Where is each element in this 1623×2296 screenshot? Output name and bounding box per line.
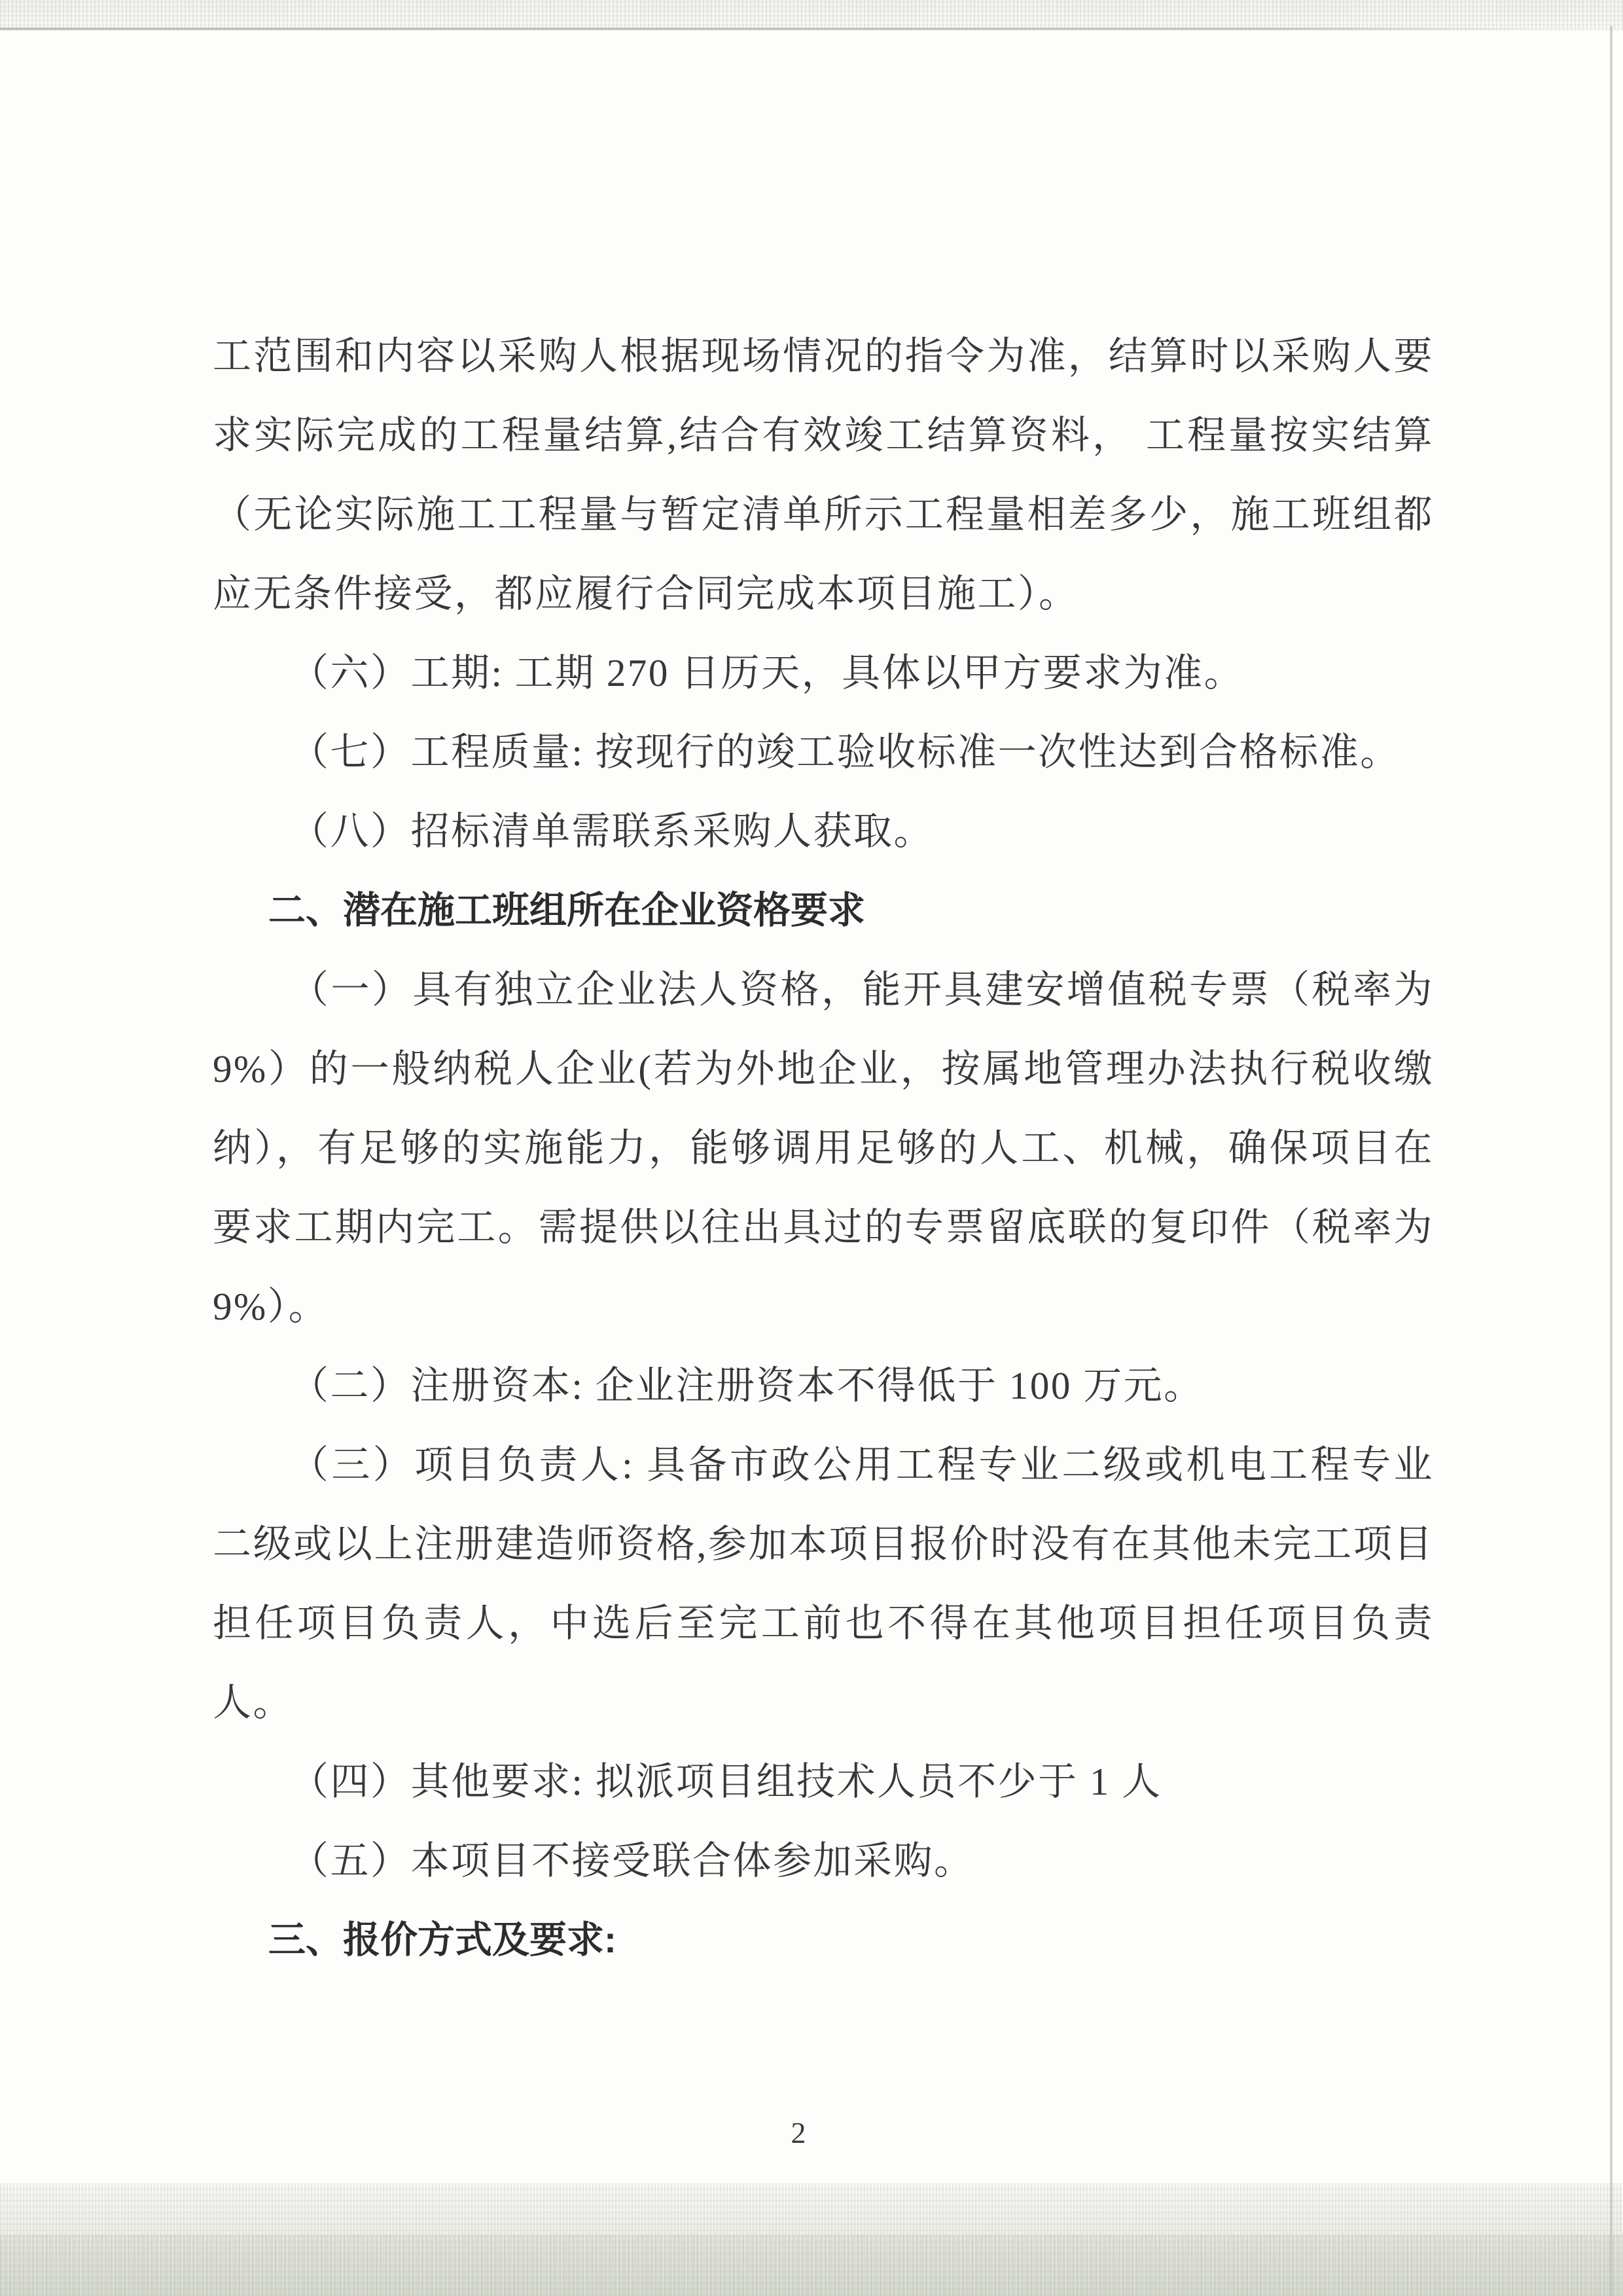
section-heading-quotation-method: 三、报价方式及要求: <box>213 1901 1434 1980</box>
list-item-8-bid-list: （八）招标清单需联系采购人获取。 <box>213 792 1434 871</box>
scan-noise-band-top <box>0 0 1623 30</box>
document-body: 工范围和内容以采购人根据现场情况的指令为准，结算时以采购人要求实际完成的工程量结… <box>213 317 1434 1980</box>
list-item-2-registered-capital: （二）注册资本: 企业注册资本不得低于 100 万元。 <box>213 1346 1434 1426</box>
scan-edge-line-top <box>0 27 1550 30</box>
scan-noise-band-bottom-dark <box>0 2234 1623 2296</box>
list-item-3-project-manager: （三）项目负责人: 具备市政公用工程专业二级或机电工程专业二级或以上注册建造师资… <box>213 1426 1434 1742</box>
page-number: 2 <box>0 2115 1597 2150</box>
scan-edge-line-right <box>1610 26 1613 2296</box>
list-item-5-no-consortium: （五）本项目不接受联合体参加采购。 <box>213 1821 1434 1901</box>
list-item-4-other-requirements: （四）其他要求: 拟派项目组技术人员不少于 1 人 <box>213 1742 1434 1821</box>
paragraph-continuation: 工范围和内容以采购人根据现场情况的指令为准，结算时以采购人要求实际完成的工程量结… <box>213 317 1434 634</box>
list-item-1-legal-person-qualification: （一）具有独立企业法人资格，能开具建安增值税专票（税率为 9%）的一般纳税人企业… <box>213 950 1434 1346</box>
section-heading-qualification-requirements: 二、潜在施工班组所在企业资格要求 <box>213 871 1434 950</box>
list-item-7-project-quality: （七）工程质量: 按现行的竣工验收标准一次性达到合格标准。 <box>213 713 1434 792</box>
list-item-6-construction-period: （六）工期: 工期 270 日历天，具体以甲方要求为准。 <box>213 634 1434 713</box>
scanned-document-page: 工范围和内容以采购人根据现场情况的指令为准，结算时以采购人要求实际完成的工程量结… <box>0 0 1623 2296</box>
